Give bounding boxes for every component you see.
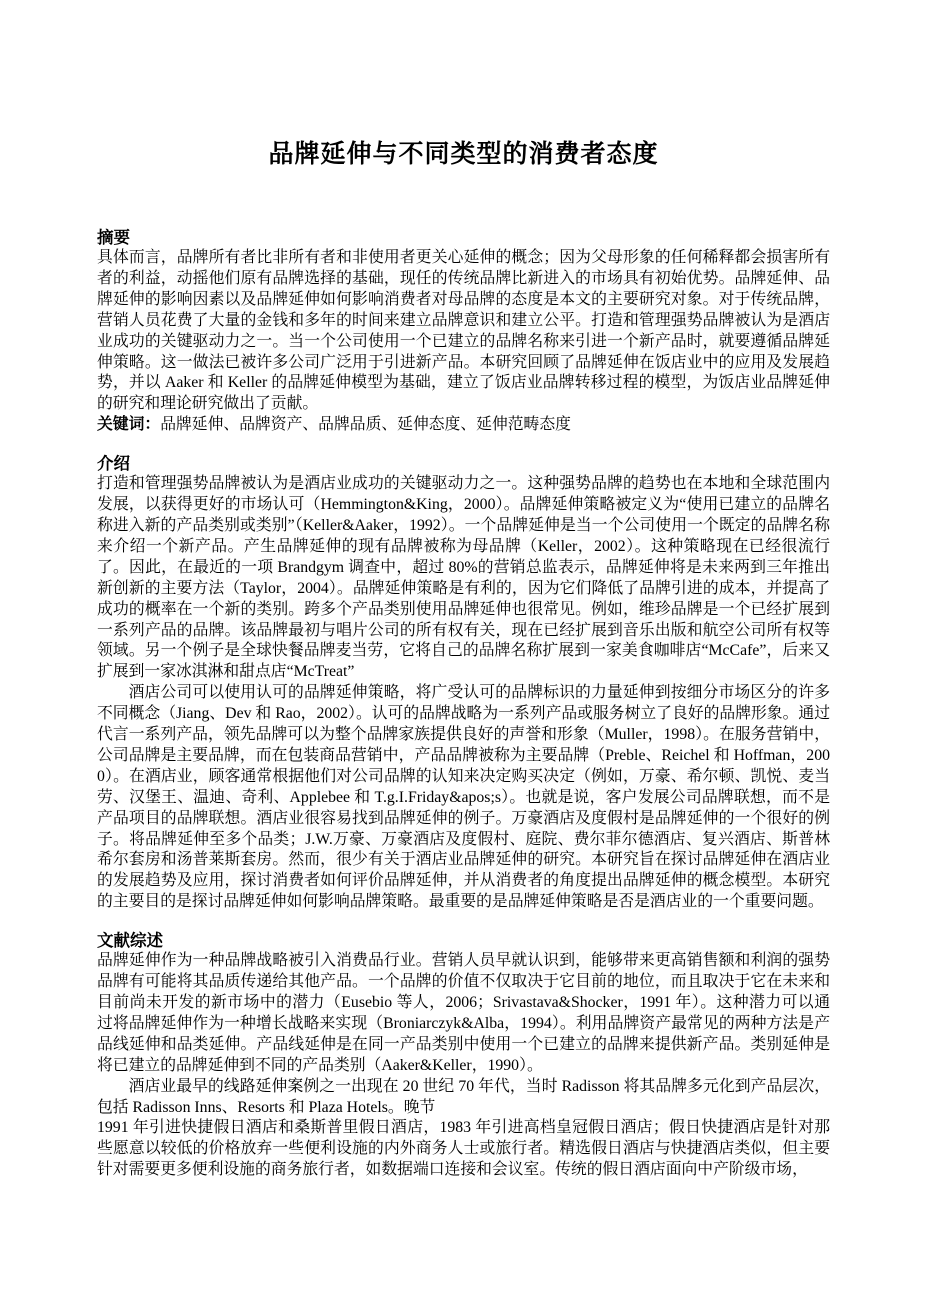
- abstract-body: 具体而言，品牌所有者比非所有者和非使用者更关心延伸的概念；因为父母形象的任何稀释…: [97, 248, 830, 415]
- document-page: 品牌延伸与不同类型的消费者态度 摘要 具体而言，品牌所有者比非所有者和非使用者更…: [0, 0, 925, 1309]
- abstract-heading: 摘要: [97, 227, 830, 248]
- introduction-paragraph-2: 酒店公司可以使用认可的品牌延伸策略，将广受认可的品牌标识的力量延伸到按细分市场区…: [97, 683, 830, 913]
- keywords-label: 关键词：: [97, 416, 160, 433]
- introduction-paragraph-1: 打造和管理强势品牌被认为是酒店业成功的关键驱动力之一。这种强势品牌的趋势也在本地…: [97, 474, 830, 683]
- introduction-heading: 介绍: [97, 453, 830, 474]
- literature-review-section: 文献综述 品牌延伸作为一种品牌战略被引入消费品行业。营销人员早就认识到，能够带来…: [97, 930, 830, 1181]
- document-content: 品牌延伸与不同类型的消费者态度 摘要 具体而言，品牌所有者比非所有者和非使用者更…: [97, 138, 830, 1181]
- introduction-section: 介绍 打造和管理强势品牌被认为是酒店业成功的关键驱动力之一。这种强势品牌的趋势也…: [97, 453, 830, 913]
- literature-review-heading: 文献综述: [97, 930, 830, 951]
- abstract-section: 摘要 具体而言，品牌所有者比非所有者和非使用者更关心延伸的概念；因为父母形象的任…: [97, 227, 830, 436]
- literature-paragraph-3: 1991 年引进快捷假日酒店和桑斯普里假日酒店，1983 年引进高档皇冠假日酒店…: [97, 1118, 830, 1181]
- document-title: 品牌延伸与不同类型的消费者态度: [97, 138, 830, 171]
- keywords-line: 关键词：品牌延伸、品牌资产、品牌品质、延伸态度、延伸范畴态度: [97, 415, 830, 436]
- literature-paragraph-2: 酒店业最早的线路延伸案例之一出现在 20 世纪 70 年代，当时 Radisso…: [97, 1077, 830, 1119]
- literature-paragraph-1: 品牌延伸作为一种品牌战略被引入消费品行业。营销人员早就认识到，能够带来更高销售额…: [97, 951, 830, 1076]
- keywords-text: 品牌延伸、品牌资产、品牌品质、延伸态度、延伸范畴态度: [160, 416, 571, 433]
